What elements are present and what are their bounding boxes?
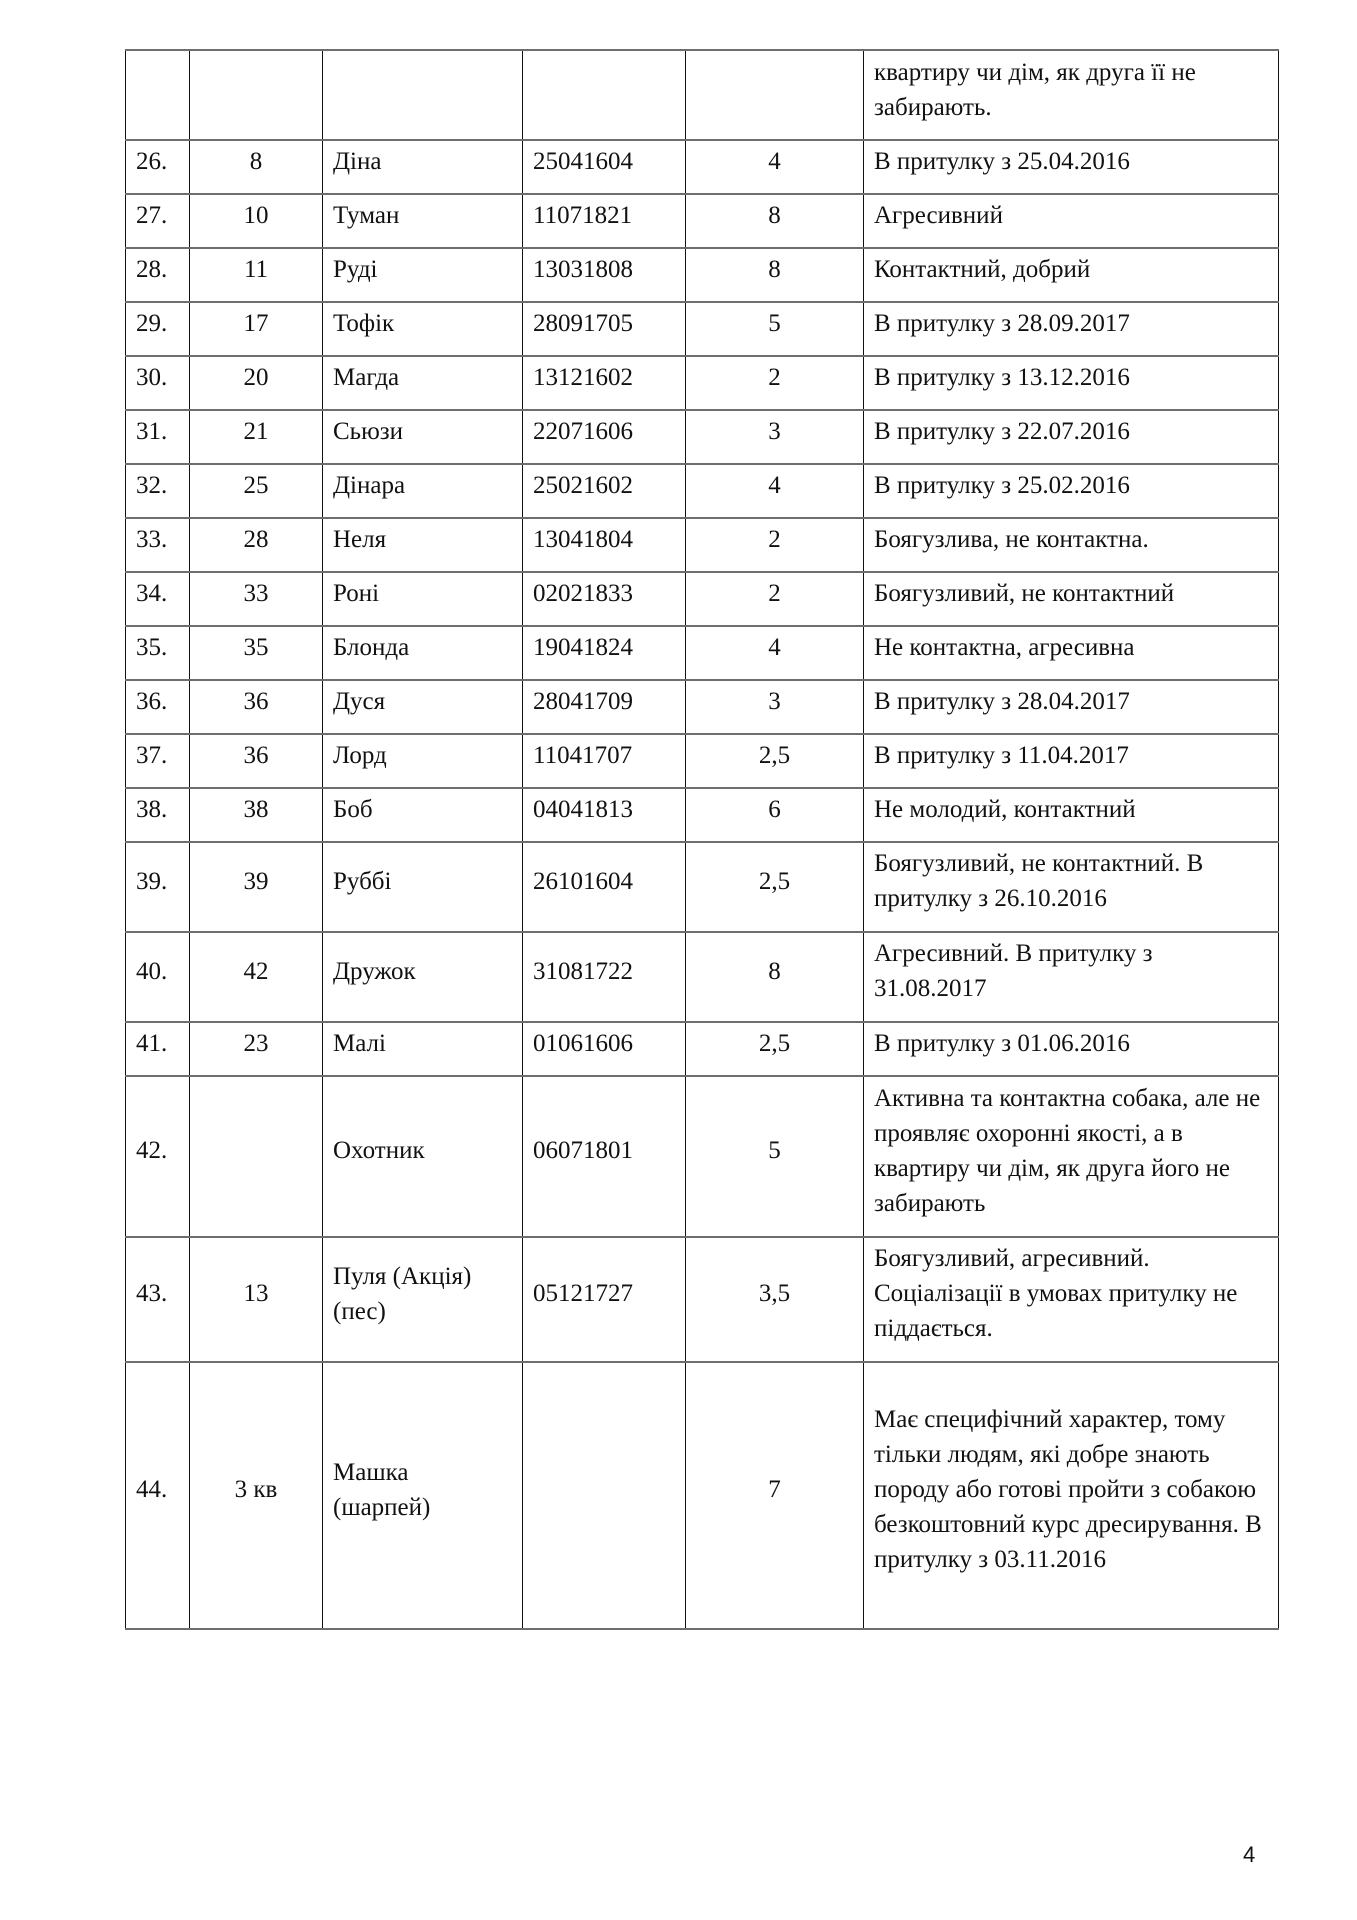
cell-description: Боягузливий, агресивний. Соціалізації в … — [864, 1237, 1279, 1362]
cell-chip-number: 02021833 — [523, 572, 686, 626]
cell-index: 32. — [126, 464, 190, 518]
cell-age: 4 — [686, 464, 864, 518]
cell-chip-number: 31081722 — [523, 932, 686, 1022]
cell-age: 2 — [686, 518, 864, 572]
cell-index — [126, 50, 190, 140]
cell-description: Має специфічний характер, тому тільки лю… — [864, 1362, 1279, 1629]
cell-description: Контактний, добрий — [864, 248, 1279, 302]
cell-enclosure: 33 — [190, 572, 323, 626]
cell-index: 34. — [126, 572, 190, 626]
table-row: 37.36Лорд110417072,5В притулку з 11.04.2… — [126, 734, 1279, 788]
cell-enclosure: 8 — [190, 140, 323, 194]
cell-description: Боягузливий, не контактний. В притулку з… — [864, 842, 1279, 932]
table-row: 42.Охотник060718015Активна та контактна … — [126, 1076, 1279, 1237]
cell-age: 2 — [686, 356, 864, 410]
cell-description: Активна та контактна собака, але не проя… — [864, 1076, 1279, 1237]
cell-chip-number — [523, 1362, 686, 1629]
cell-age: 2 — [686, 572, 864, 626]
cell-description: В притулку з 25.04.2016 — [864, 140, 1279, 194]
cell-description: Агресивний — [864, 194, 1279, 248]
cell-name: Дружок — [323, 932, 523, 1022]
cell-description: Боягузлива, не контактна. — [864, 518, 1279, 572]
cell-chip-number: 01061606 — [523, 1022, 686, 1076]
page-number: 4 — [1243, 1842, 1255, 1868]
cell-name: Сьюзи — [323, 410, 523, 464]
table-row: 30.20Магда131216022В притулку з 13.12.20… — [126, 356, 1279, 410]
document-page: квартиру чи дім, як друга її не забирают… — [0, 0, 1357, 1920]
table-row: 26.8Діна250416044В притулку з 25.04.2016 — [126, 140, 1279, 194]
table-row: 28.11Руді130318088Контактний, добрий — [126, 248, 1279, 302]
cell-enclosure — [190, 50, 323, 140]
table-row: 36.36Дуся280417093В притулку з 28.04.201… — [126, 680, 1279, 734]
cell-description: В притулку з 11.04.2017 — [864, 734, 1279, 788]
cell-name: Машка (шарпей) — [323, 1362, 523, 1629]
cell-chip-number: 13041804 — [523, 518, 686, 572]
cell-age — [686, 50, 864, 140]
table-row: 31.21Сьюзи220716063В притулку з 22.07.20… — [126, 410, 1279, 464]
cell-enclosure: 10 — [190, 194, 323, 248]
cell-description: квартиру чи дім, як друга її не забирают… — [864, 50, 1279, 140]
cell-chip-number: 11071821 — [523, 194, 686, 248]
cell-enclosure: 25 — [190, 464, 323, 518]
cell-description: Не контактна, агресивна — [864, 626, 1279, 680]
cell-name: Блонда — [323, 626, 523, 680]
table-row: 32.25Дінара250216024В притулку з 25.02.2… — [126, 464, 1279, 518]
cell-age: 3 — [686, 680, 864, 734]
cell-index: 31. — [126, 410, 190, 464]
cell-name: Неля — [323, 518, 523, 572]
cell-chip-number: 13121602 — [523, 356, 686, 410]
cell-chip-number: 25041604 — [523, 140, 686, 194]
table-row: 38.38Боб040418136Не молодий, контактний — [126, 788, 1279, 842]
cell-index: 29. — [126, 302, 190, 356]
table-row: 39.39Руббі261016042,5Боягузливий, не кон… — [126, 842, 1279, 932]
cell-age: 8 — [686, 932, 864, 1022]
cell-chip-number: 11041707 — [523, 734, 686, 788]
cell-name: Руббі — [323, 842, 523, 932]
cell-age: 4 — [686, 140, 864, 194]
cell-chip-number: 22071606 — [523, 410, 686, 464]
cell-description: В притулку з 13.12.2016 — [864, 356, 1279, 410]
table-row: 41.23Малі010616062,5В притулку з 01.06.2… — [126, 1022, 1279, 1076]
cell-chip-number: 25021602 — [523, 464, 686, 518]
cell-index: 27. — [126, 194, 190, 248]
cell-name: Лорд — [323, 734, 523, 788]
cell-description: В притулку з 22.07.2016 — [864, 410, 1279, 464]
table-row: 34.33Роні020218332Боягузливий, не контак… — [126, 572, 1279, 626]
cell-index: 41. — [126, 1022, 190, 1076]
cell-age: 2,5 — [686, 842, 864, 932]
cell-name: Роні — [323, 572, 523, 626]
cell-enclosure: 39 — [190, 842, 323, 932]
cell-description: Агресивний. В притулку з 31.08.2017 — [864, 932, 1279, 1022]
cell-name: Діна — [323, 140, 523, 194]
cell-index: 30. — [126, 356, 190, 410]
cell-index: 37. — [126, 734, 190, 788]
table-row: 33.28Неля130418042Боягузлива, не контакт… — [126, 518, 1279, 572]
cell-age: 6 — [686, 788, 864, 842]
cell-age: 7 — [686, 1362, 864, 1629]
cell-chip-number: 13031808 — [523, 248, 686, 302]
cell-age: 5 — [686, 302, 864, 356]
cell-name: Малі — [323, 1022, 523, 1076]
cell-age: 3 — [686, 410, 864, 464]
cell-enclosure: 36 — [190, 680, 323, 734]
cell-name: Туман — [323, 194, 523, 248]
cell-name: Тофік — [323, 302, 523, 356]
table-row: 29.17Тофік280917055В притулку з 28.09.20… — [126, 302, 1279, 356]
cell-index: 43. — [126, 1237, 190, 1362]
cell-age: 2,5 — [686, 1022, 864, 1076]
cell-chip-number: 06071801 — [523, 1076, 686, 1237]
cell-chip-number: 28091705 — [523, 302, 686, 356]
cell-index: 44. — [126, 1362, 190, 1629]
cell-index: 36. — [126, 680, 190, 734]
cell-index: 38. — [126, 788, 190, 842]
cell-description: В притулку з 28.04.2017 — [864, 680, 1279, 734]
cell-enclosure: 20 — [190, 356, 323, 410]
cell-index: 33. — [126, 518, 190, 572]
cell-age: 8 — [686, 194, 864, 248]
cell-enclosure: 23 — [190, 1022, 323, 1076]
cell-age: 3,5 — [686, 1237, 864, 1362]
cell-enclosure: 36 — [190, 734, 323, 788]
table-row: 43.13Пуля (Акція) (пес)051217273,5Боягуз… — [126, 1237, 1279, 1362]
table-row: 35.35Блонда190418244Не контактна, агреси… — [126, 626, 1279, 680]
table-row: 40.42Дружок310817228Агресивний. В притул… — [126, 932, 1279, 1022]
cell-index: 40. — [126, 932, 190, 1022]
cell-enclosure: 11 — [190, 248, 323, 302]
cell-name: Боб — [323, 788, 523, 842]
cell-chip-number: 28041709 — [523, 680, 686, 734]
cell-index: 39. — [126, 842, 190, 932]
cell-name: Охотник — [323, 1076, 523, 1237]
cell-age: 8 — [686, 248, 864, 302]
cell-description: В притулку з 25.02.2016 — [864, 464, 1279, 518]
cell-description: Боягузливий, не контактний — [864, 572, 1279, 626]
cell-enclosure — [190, 1076, 323, 1237]
cell-chip-number — [523, 50, 686, 140]
cell-chip-number: 04041813 — [523, 788, 686, 842]
cell-name — [323, 50, 523, 140]
cell-description: В притулку з 28.09.2017 — [864, 302, 1279, 356]
cell-enclosure: 28 — [190, 518, 323, 572]
cell-age: 2,5 — [686, 734, 864, 788]
cell-chip-number: 19041824 — [523, 626, 686, 680]
cell-index: 28. — [126, 248, 190, 302]
cell-description: Не молодий, контактний — [864, 788, 1279, 842]
cell-description: В притулку з 01.06.2016 — [864, 1022, 1279, 1076]
cell-name: Дінара — [323, 464, 523, 518]
cell-index: 35. — [126, 626, 190, 680]
cell-index: 42. — [126, 1076, 190, 1237]
cell-index: 26. — [126, 140, 190, 194]
cell-chip-number: 05121727 — [523, 1237, 686, 1362]
table-row: 27.10Туман110718218Агресивний — [126, 194, 1279, 248]
cell-name: Руді — [323, 248, 523, 302]
table-row-continuation: квартиру чи дім, як друга її не забирают… — [126, 50, 1279, 140]
dogs-table: квартиру чи дім, як друга її не забирают… — [125, 49, 1279, 1630]
cell-enclosure: 13 — [190, 1237, 323, 1362]
cell-enclosure: 35 — [190, 626, 323, 680]
cell-age: 5 — [686, 1076, 864, 1237]
cell-enclosure: 38 — [190, 788, 323, 842]
cell-enclosure: 17 — [190, 302, 323, 356]
cell-enclosure: 21 — [190, 410, 323, 464]
cell-name: Пуля (Акція) (пес) — [323, 1237, 523, 1362]
table-body: квартиру чи дім, як друга її не забирают… — [126, 50, 1279, 1629]
cell-enclosure: 42 — [190, 932, 323, 1022]
cell-age: 4 — [686, 626, 864, 680]
cell-name: Магда — [323, 356, 523, 410]
cell-chip-number: 26101604 — [523, 842, 686, 932]
cell-name: Дуся — [323, 680, 523, 734]
table-row: 44.3 квМашка (шарпей)7Має специфічний ха… — [126, 1362, 1279, 1629]
cell-enclosure: 3 кв — [190, 1362, 323, 1629]
